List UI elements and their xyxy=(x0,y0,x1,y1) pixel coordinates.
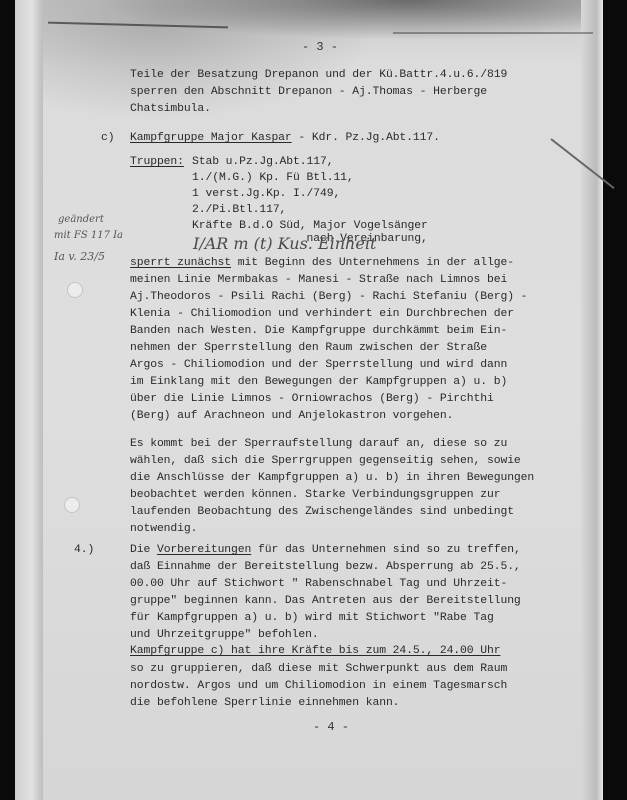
margin-note-line: mit FS 117 Ia xyxy=(54,230,123,241)
paragraph2-line: die Anschlüsse der Kampfgruppen a) u. b)… xyxy=(130,470,534,487)
troops-item: 2./Pi.Btl.117, xyxy=(192,202,286,219)
section-4-label: 4.) xyxy=(74,542,94,559)
paragraph2-line: wählen, daß sich die Sperrgruppen gegens… xyxy=(130,453,521,470)
section-4-underlined-word: Vorbereitungen xyxy=(157,544,251,556)
section-4-closing-line: die befohlene Sperrlinie einnehmen kann. xyxy=(130,695,399,712)
page-fold-edge xyxy=(581,0,603,800)
section-4-first-rest: für das Unternehmen sind so zu treffen, xyxy=(251,544,520,556)
body-line: über die Linie Limnos - Orniowrachos (Be… xyxy=(130,391,494,408)
section-4-underlined-line: Kampfgruppe c) hat ihre Kräfte bis zum 2… xyxy=(130,643,500,660)
intro-line: sperren den Abschnitt Drepanon - Aj.Thom… xyxy=(130,84,487,101)
section-4-first-word: Die xyxy=(130,544,157,556)
page-number-bottom: - 4 - xyxy=(313,720,349,734)
section-c-heading: Kampfgruppe Major Kaspar xyxy=(130,132,292,144)
troops-item: Stab u.Pz.Jg.Abt.117, xyxy=(192,154,333,171)
section-4-closing-line: so zu gruppieren, daß diese mit Schwerpu… xyxy=(130,661,507,678)
body-line: Klenia - Chiliomodion und verhindert ein… xyxy=(130,306,514,323)
body-line-text: mit Beginn des Unternehmens in der allge… xyxy=(231,257,514,269)
paragraph2-line: notwendig. xyxy=(130,521,197,538)
intro-line: Teile der Besatzung Drepanon und der Kü.… xyxy=(130,67,507,84)
body-line: im Einklang mit den Bewegungen der Kampf… xyxy=(130,374,507,391)
punch-hole xyxy=(64,497,80,513)
body-line: Argos - Chiliomodion und der Sperrstellu… xyxy=(130,357,507,374)
section-c-label: c) xyxy=(101,130,114,147)
section-c-heading-rest: - Kdr. Pz.Jg.Abt.117. xyxy=(292,132,440,144)
section-c-heading-line: Kampfgruppe Major Kaspar - Kdr. Pz.Jg.Ab… xyxy=(130,130,440,147)
paragraph2-line: beobachtet werden können. Starke Verbind… xyxy=(130,487,500,504)
torn-edge-line xyxy=(48,22,228,29)
body-line: Banden nach Westen. Die Kampfgruppe durc… xyxy=(130,323,507,340)
section-4-line: 00.00 Uhr auf Stichwort " Rabenschnabel … xyxy=(130,576,507,593)
section-4-line: und Uhrzeitgruppe" befohlen. xyxy=(130,627,319,644)
troops-label: Truppen: xyxy=(130,154,184,171)
body-line: Aj.Theodoros - Psili Rachi (Berg) - Rach… xyxy=(130,289,527,306)
paragraph2-line: laufenden Beobachtung des Zwischengeländ… xyxy=(130,504,514,521)
margin-note-line: Ia v. 23/5 xyxy=(54,250,105,263)
scan-left-strip xyxy=(15,0,43,800)
margin-note-line: geändert xyxy=(58,214,104,225)
body-line: meinen Linie Mermbakas - Manesi - Straße… xyxy=(130,272,507,289)
troops-item: 1./(M.G.) Kp. Fü Btl.11, xyxy=(192,170,354,187)
body-line: (Berg) auf Arachneon und Anjelokastron v… xyxy=(130,408,453,425)
body-line: nehmen der Sperrstellung den Raum zwisch… xyxy=(130,340,487,357)
body-line: sperrt zunächst mit Beginn des Unternehm… xyxy=(130,255,514,272)
paragraph2-line: Es kommt bei der Sperraufstellung darauf… xyxy=(130,436,507,453)
punch-hole xyxy=(67,282,83,298)
handwritten-insert: I/AR m (t) Kus. Einheit xyxy=(193,234,376,253)
page-number-top: - 3 - xyxy=(302,40,338,54)
section-4-line: für Kampfgruppen a) u. b) wird mit Stich… xyxy=(130,610,494,627)
section-4-line: Die Vorbereitungen für das Unternehmen s… xyxy=(130,542,521,559)
section-4-closing-line: nordostw. Argos und um Chiliomodion in e… xyxy=(130,678,507,695)
troops-item: 1 verst.Jg.Kp. I./749, xyxy=(192,186,340,203)
intro-line: Chatsimbula. xyxy=(130,101,211,118)
section-4-line: gruppe" beginnen kann. Das Antreten aus … xyxy=(130,593,521,610)
body-underlined-phrase: sperrt zunächst xyxy=(130,257,231,269)
torn-edge-line xyxy=(393,32,593,34)
section-4-line: daß Einnahme der Bereitstellung bezw. Ab… xyxy=(130,559,521,576)
